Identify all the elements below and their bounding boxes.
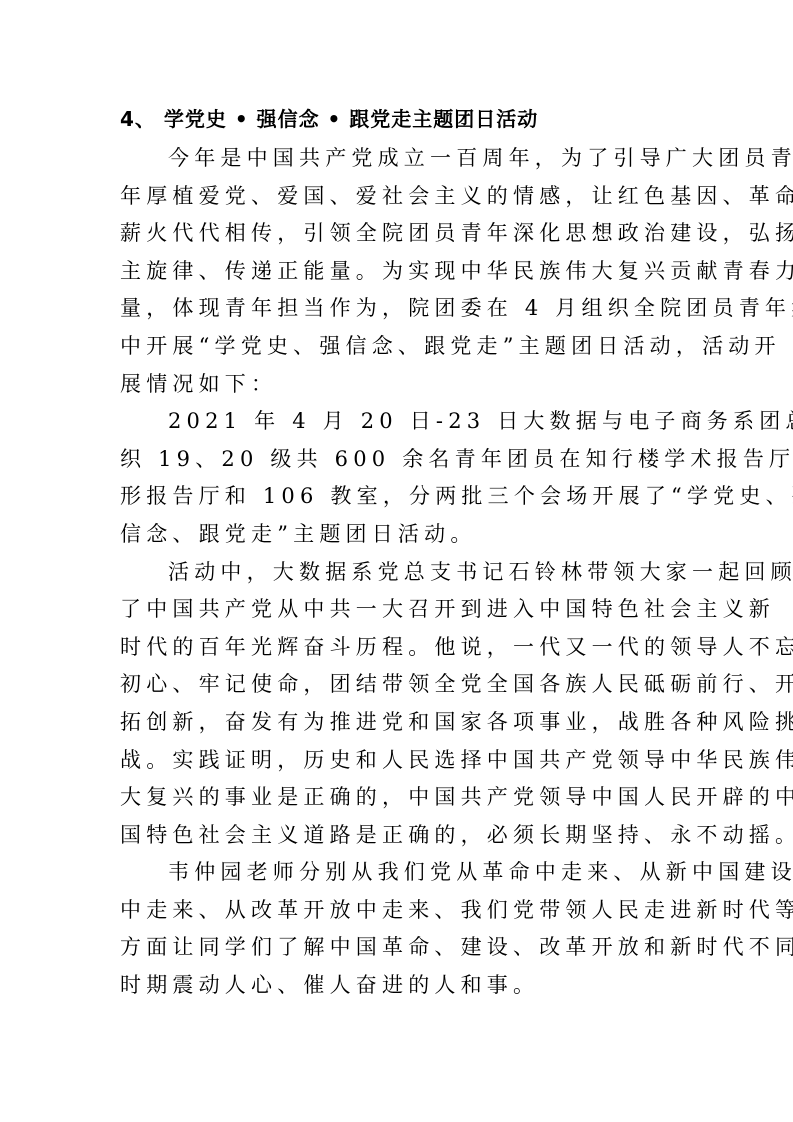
text-line: 量，体现青年担当作为，院团委在 4 月组织全院团员青年集 xyxy=(120,290,676,328)
text-line: 主旋律、传递正能量。为实现中华民族伟大复兴贡献青春力 xyxy=(120,253,676,291)
text-line: 初心、牢记使命，团结带领全党全国各族人民砥砺前行、开 xyxy=(120,666,676,704)
text-line: 中开展“学党史、强信念、跟党走”主题团日活动，活动开 xyxy=(120,328,676,366)
document-page: 4、 学党史 • 强信念 • 跟党走主题团日活动 今年是中国共产党成立一百周年，… xyxy=(120,104,676,1005)
text-line: 展情况如下： xyxy=(120,366,676,404)
text-line: 今年是中国共产党成立一百周年，为了引导广大团员青 xyxy=(120,140,676,178)
text-line: 活动中，大数据系党总支书记石铃林带领大家一起回顾 xyxy=(120,554,676,592)
text-line: 时代的百年光辉奋斗历程。他说，一代又一代的领导人不忘 xyxy=(120,629,676,667)
text-line: 薪火代代相传，引领全院团员青年深化思想政治建设，弘扬 xyxy=(120,215,676,253)
text-line: 韦仲园老师分别从我们党从革命中走来、从新中国建设 xyxy=(120,854,676,892)
text-line: 拓创新，奋发有为推进党和国家各项事业，战胜各种风险挑 xyxy=(120,704,676,742)
text-line: 大复兴的事业是正确的，中国共产党领导中国人民开辟的中 xyxy=(120,779,676,817)
text-line: 了中国共产党从中共一大召开到进入中国特色社会主义新 xyxy=(120,591,676,629)
text-line: 形报告厅和 106 教室，分两批三个会场开展了“学党史、强 xyxy=(120,478,676,516)
text-line: 中走来、从改革开放中走来、我们党带领人民走进新时代等 xyxy=(120,892,676,930)
text-line: 2021 年 4 月 20 日-23 日大数据与电子商务系团总支组 xyxy=(120,403,676,441)
text-line: 方面让同学们了解中国革命、建设、改革开放和新时代不同 xyxy=(120,929,676,967)
paragraph-event-details: 2021 年 4 月 20 日-23 日大数据与电子商务系团总支组 织 19、2… xyxy=(120,403,676,553)
paragraph-intro: 今年是中国共产党成立一百周年，为了引导广大团员青 年厚植爱党、爱国、爱社会主义的… xyxy=(120,140,676,403)
section-heading: 4、 学党史 • 强信念 • 跟党走主题团日活动 xyxy=(120,104,676,134)
paragraph-secretary-speech: 活动中，大数据系党总支书记石铃林带领大家一起回顾 了中国共产党从中共一大召开到进… xyxy=(120,554,676,855)
text-line: 信念、跟党走”主题团日活动。 xyxy=(120,516,676,554)
text-line: 国特色社会主义道路是正确的，必须长期坚持、永不动摇。 xyxy=(120,817,676,855)
text-line: 织 19、20 级共 600 余名青年团员在知行楼学术报告厅、圆 xyxy=(120,441,676,479)
text-line: 年厚植爱党、爱国、爱社会主义的情感，让红色基因、革命 xyxy=(120,178,676,216)
text-line: 战。实践证明，历史和人民选择中国共产党领导中华民族伟 xyxy=(120,742,676,780)
paragraph-teacher-talk: 韦仲园老师分别从我们党从革命中走来、从新中国建设 中走来、从改革开放中走来、我们… xyxy=(120,854,676,1004)
text-line: 时期震动人心、催人奋进的人和事。 xyxy=(120,967,676,1005)
